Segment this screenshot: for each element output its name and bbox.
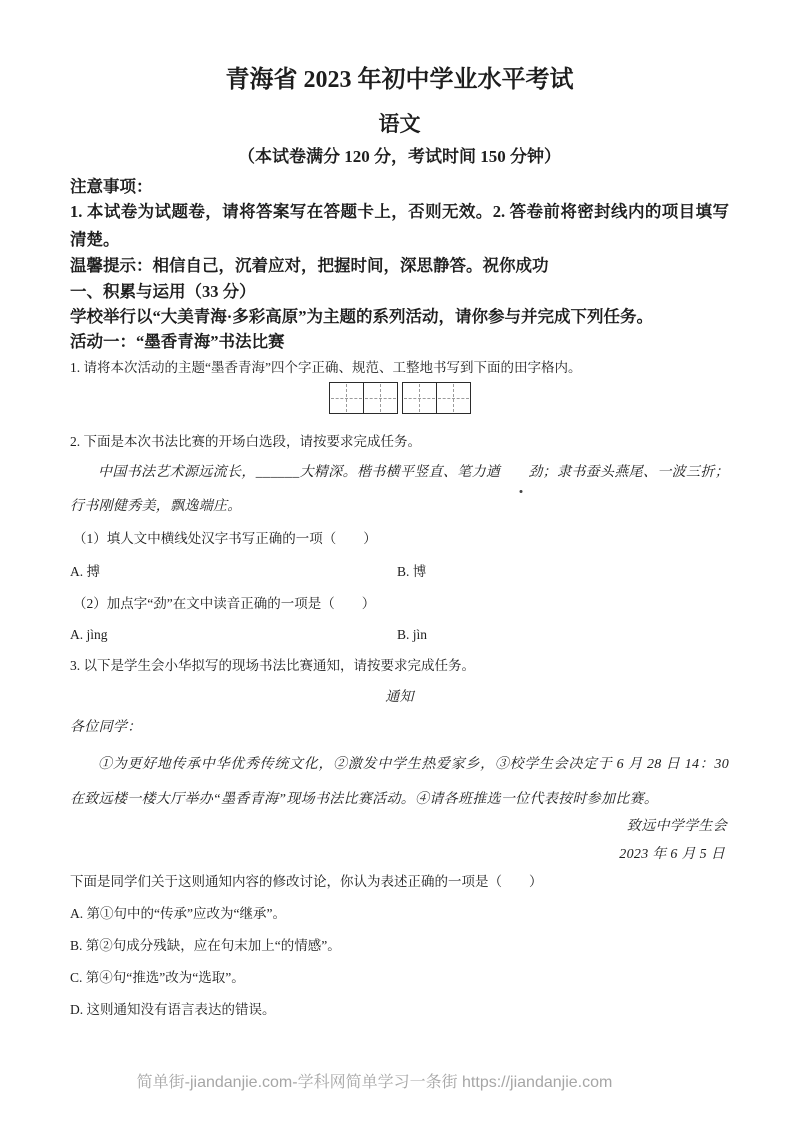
notice-document-title: 通知 (70, 688, 729, 708)
tianzige-cell (436, 383, 470, 413)
emphasis-dotted-char: 劲 (500, 456, 542, 490)
option-b: B. 第②句成分残缺，应在句末加上“的情感”。 (70, 936, 729, 956)
notice-signature: 致远中学学生会 (70, 817, 729, 837)
question3-stem: 3. 以下是学生会小华拟写的现场书法比赛通知，请按要求完成任务。 (70, 656, 729, 676)
passage-text: 中国书法艺术源远流长， (98, 465, 256, 480)
option-b: B. 博 (397, 562, 426, 582)
notice-salutation: 各位同学： (70, 718, 729, 738)
exam-title: 青海省 2023 年初中学业水平考试 (70, 66, 729, 94)
option-c: C. 第④句“推选”改为“选取”。 (70, 968, 729, 988)
option-a: A. 搏 (70, 562, 397, 582)
passage-text: 大精深。楷书横平竖直、笔力遒 (300, 465, 501, 480)
activity1-heading: 活动一：“墨香青海”书法比赛 (70, 330, 729, 353)
option-b: B. jìn (397, 625, 427, 645)
exam-info-line: （本试卷满分 120 分，考试时间 150 分钟） (70, 145, 729, 168)
question2-1-stem: （1）填人文中横线处汉字书写正确的一项（ ） (70, 529, 729, 549)
tianzige-block (329, 382, 398, 414)
option-d: D. 这则通知没有语言表达的错误。 (70, 1000, 729, 1020)
notice-label: 注意事项： (70, 175, 729, 198)
notice-date: 2023 年 6 月 5 日 (70, 845, 729, 865)
section1-heading: 一、积累与运用（33 分） (70, 280, 729, 303)
question1-stem: 1. 请将本次活动的主题“墨香青海”四个字正确、规范、工整地书写到下面的田字格内… (70, 358, 729, 378)
question3-followup: 下面是同学们关于这则通知内容的修改讨论，你认为表述正确的一项是（ ） (70, 872, 729, 892)
section1-intro: 学校举行以“大美青海·多彩高原”为主题的系列活动，请你参与并完成下列任务。 (70, 305, 729, 328)
fill-in-blank: ______ (256, 465, 300, 480)
option-a: A. jìng (70, 625, 397, 645)
exam-subject: 语文 (70, 111, 729, 137)
tianzige-cell (403, 383, 436, 413)
watermark-footer: 简单街-jiandanjie.com-学科网简单学习一条街 https://ji… (0, 1072, 771, 1094)
question2-stem: 2. 下面是本次书法比赛的开场白选段，请按要求完成任务。 (70, 432, 729, 452)
tianzige-cell (330, 383, 363, 413)
notice-body-text: ①为更好地传承中华优秀传统文化，②激发中学生热爱家乡，③校学生会决定于 6 月 … (70, 747, 729, 817)
question2-passage: 中国书法艺术源远流长，______大精深。楷书横平竖直、笔力遒劲；隶书蚕头燕尾、… (70, 456, 729, 524)
tianzige-block (402, 382, 471, 414)
notice-instructions: 1. 本试卷为试题卷，请将答案写在答题卡上，否则无效。2. 答卷前将密封线内的项… (70, 198, 729, 254)
tianzige-grid (70, 382, 729, 414)
question2-2-options: A. jìngB. jìn (70, 625, 729, 645)
tianzige-cell (363, 383, 397, 413)
question2-1-options: A. 搏B. 博 (70, 562, 729, 582)
question2-2-stem: （2）加点字“劲”在文中读音正确的一项是（ ） (70, 594, 729, 614)
option-a: A. 第①句中的“传承”应改为“继承”。 (70, 904, 729, 924)
exam-tips: 温馨提示：相信自己，沉着应对，把握时间，深思静答。祝你成功 (70, 254, 729, 277)
exam-paper-page: 青海省 2023 年初中学业水平考试 语文 （本试卷满分 120 分，考试时间 … (0, 0, 793, 1122)
